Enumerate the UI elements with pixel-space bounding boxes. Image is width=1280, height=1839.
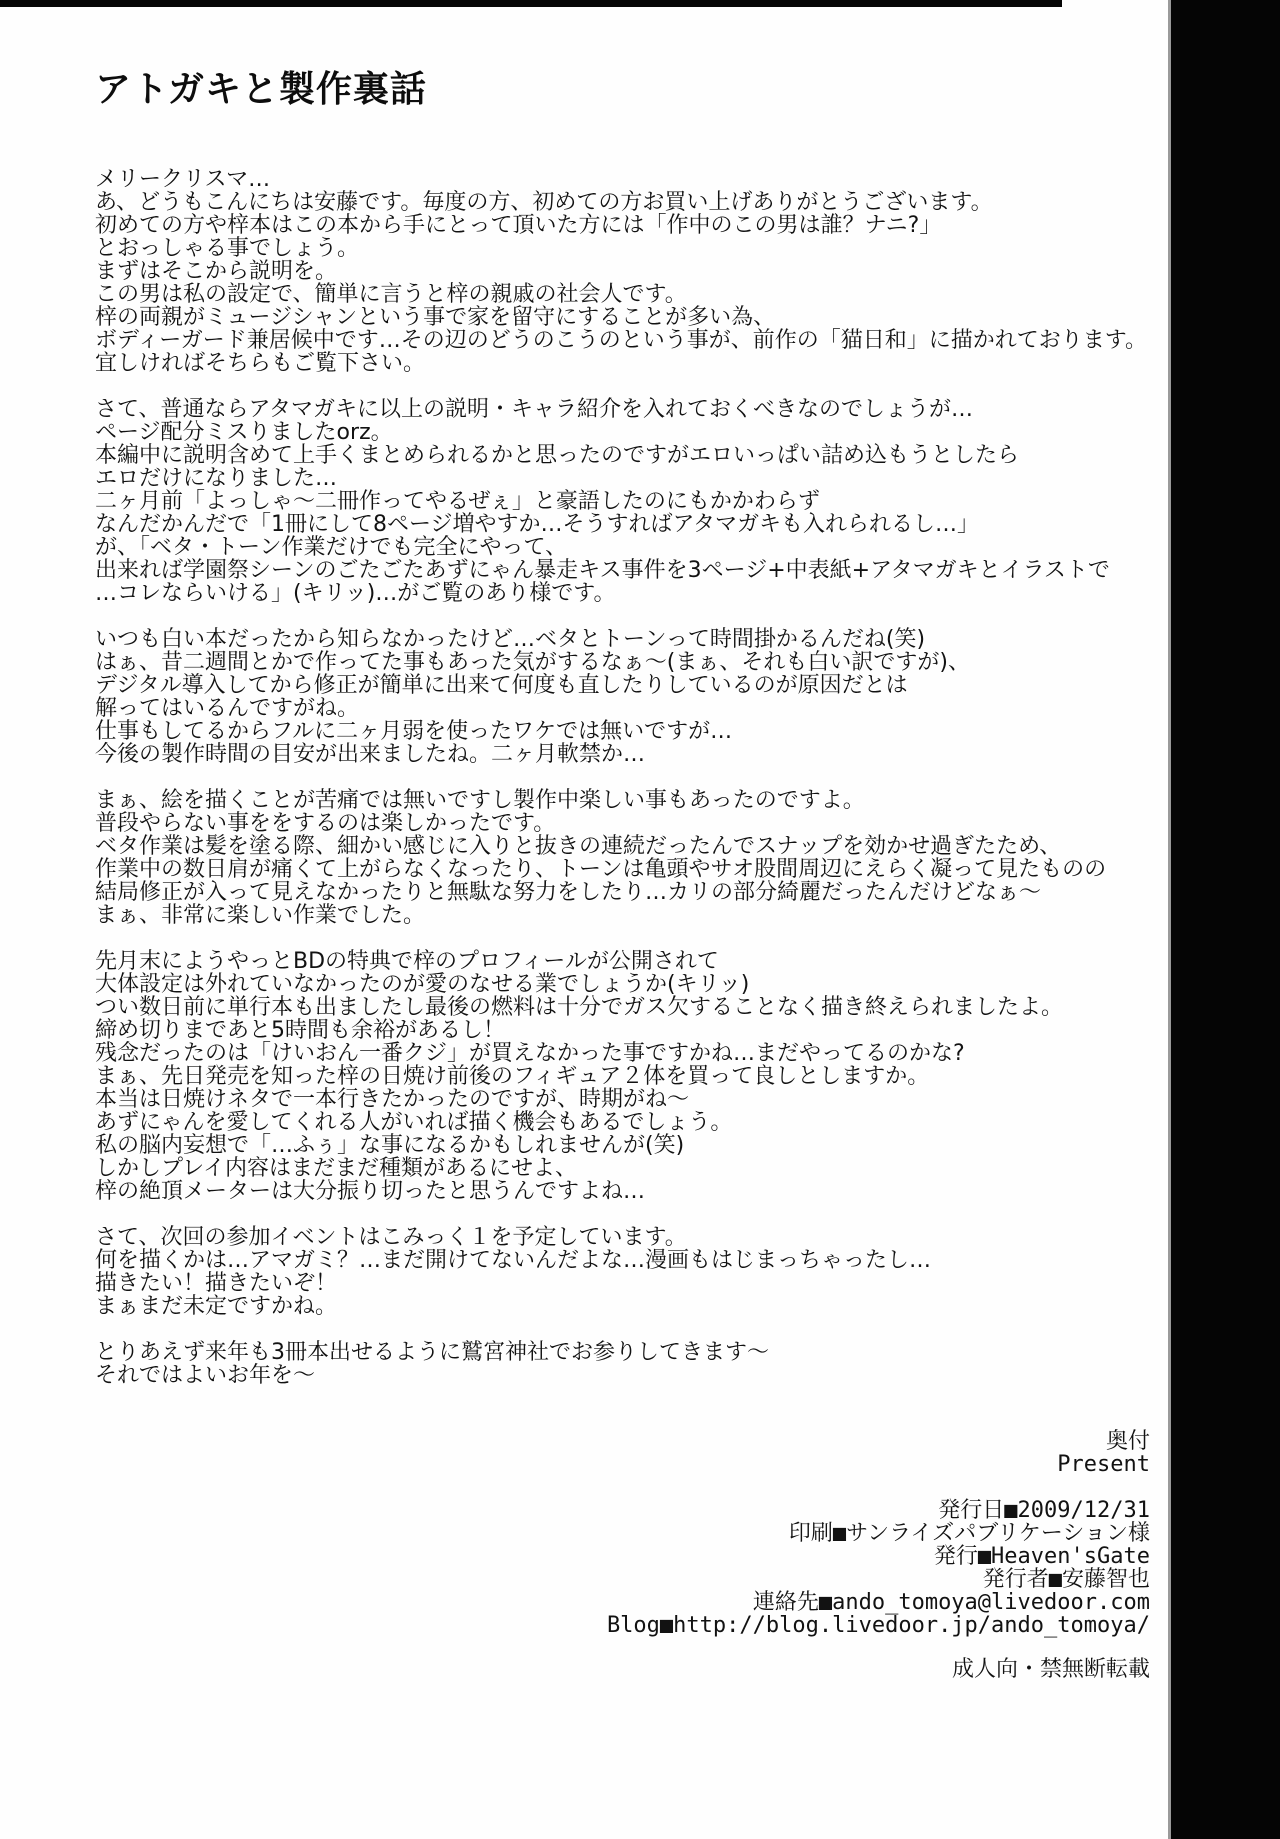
afterword-line: …コレならいける」(キリッ)…がご覧のあり様です。 [95, 582, 1147, 605]
colophon-entry: 発行日■2009/12/31 [607, 1499, 1150, 1522]
afterword-line: 私の脳内妄想で「…ふぅ」な事になるかもしれませんが(笑) [95, 1134, 1147, 1157]
afterword-line: 宜しければそちらもご覧下さい。 [95, 352, 1147, 375]
afterword-line: 何を描くかは…アマガミ？…まだ開けてないんだよな…漫画もはじまっちゃったし… [95, 1249, 1147, 1272]
colophon-heading: 奥付 [607, 1430, 1150, 1453]
colophon: 奥付 Present 発行日■2009/12/31印刷■サンライズパブリケーショ… [607, 1430, 1150, 1681]
afterword-paragraph: メリークリスマ…あ、どうもこんにちは安藤です。毎度の方、初めての方お買い上げあり… [95, 168, 1147, 375]
afterword-line: いつも白い本だったから知らなかったけど…ベタとトーンって時間掛かるんだね(笑) [95, 628, 1147, 651]
afterword-line: メリークリスマ… [95, 168, 1147, 191]
afterword-line: まずはそこから説明を。 [95, 260, 1147, 283]
afterword-line: デジタル導入してから修正が簡単に出来て何度も直したりしているのが原因だとは [95, 674, 1147, 697]
afterword-line: 作業中の数日肩が痛くて上がらなくなったり、トーンは亀頭やサオ股間周辺にえらく凝っ… [95, 858, 1147, 881]
afterword-line: 解ってはいるんですがね。 [95, 697, 1147, 720]
afterword-line: まぁ、絵を描くことが苦痛では無いですし製作中楽しい事もあったのですよ。 [95, 789, 1147, 812]
afterword-line: この男は私の設定で、簡単に言うと梓の親戚の社会人です。 [95, 283, 1147, 306]
colophon-entry: Blog■http://blog.livedoor.jp/ando_tomoya… [607, 1614, 1150, 1637]
colophon-subheading: Present [607, 1453, 1150, 1476]
afterword-line: 残念だったのは「けいおん一番クジ」が買えなかった事ですかね…まだやってるのかな? [95, 1042, 1147, 1065]
colophon-entry: 発行者■安藤智也 [607, 1568, 1150, 1591]
afterword-paragraph: いつも白い本だったから知らなかったけど…ベタとトーンって時間掛かるんだね(笑)は… [95, 628, 1147, 766]
afterword-line: ベタ作業は髪を塗る際、細かい感じに入りと抜きの連続だったんでスナップを効かせ過ぎ… [95, 835, 1147, 858]
afterword-line: 梓の両親がミュージシャンという事で家を留守にすることが多い為、 [95, 306, 1147, 329]
afterword-line: 仕事もしてるからフルに二ヶ月弱を使ったワケでは無いですが… [95, 720, 1147, 743]
colophon-entries: 発行日■2009/12/31印刷■サンライズパブリケーション様発行■Heaven… [607, 1499, 1150, 1637]
afterword-line: 初めての方や梓本はこの本から手にとって頂いた方には「作中のこの男は誰？ナニ?」 [95, 214, 1147, 237]
afterword-line: はぁ、昔二週間とかで作ってた事もあった気がするなぁ～(まぁ、それも白い訳ですが)… [95, 651, 1147, 674]
scanned-page: アトガキと製作裏話 メリークリスマ…あ、どうもこんにちは安藤です。毎度の方、初め… [0, 0, 1280, 1839]
scan-artifact-top-bar [0, 0, 1062, 7]
colophon-notice: 成人向・禁無断転載 [607, 1658, 1150, 1681]
scan-artifact-right-bar [1171, 0, 1280, 1839]
afterword-paragraph: 先月末にようやっとBDの特典で梓のプロフィールが公開されて大体設定は外れていなか… [95, 950, 1147, 1203]
afterword-line: それではよいお年を～ [95, 1364, 1147, 1387]
afterword-line: 先月末にようやっとBDの特典で梓のプロフィールが公開されて [95, 950, 1147, 973]
colophon-entry: 発行■Heaven'sGate [607, 1545, 1150, 1568]
afterword-paragraph: まぁ、絵を描くことが苦痛では無いですし製作中楽しい事もあったのですよ。普段やらな… [95, 789, 1147, 927]
afterword-line: 二ヶ月前「よっしゃ～二冊作ってやるぜぇ」と豪語したのにもかかわらず [95, 490, 1147, 513]
afterword-line: つい数日前に単行本も出ましたし最後の燃料は十分でガス欠することなく描き終えられま… [95, 996, 1147, 1019]
afterword-line: 結局修正が入って見えなかったりと無駄な努力をしたり…カリの部分綺麗だったんだけど… [95, 881, 1147, 904]
afterword-paragraph: さて、普通ならアタマガキに以上の説明・キャラ紹介を入れておくべきなのでしょうが…… [95, 398, 1147, 605]
afterword-paragraph: とりあえず来年も3冊本出せるように鷲宮神社でお参りしてきます～それではよいお年を… [95, 1341, 1147, 1387]
colophon-entry: 印刷■サンライズパブリケーション様 [607, 1522, 1150, 1545]
afterword-line: 今後の製作時間の目安が出来ましたね。二ヶ月軟禁か… [95, 743, 1147, 766]
afterword-line: しかしプレイ内容はまだまだ種類があるにせよ、 [95, 1157, 1147, 1180]
afterword-line: あ、どうもこんにちは安藤です。毎度の方、初めての方お買い上げありがとうございます… [95, 191, 1147, 214]
afterword-line: 本編中に説明含めて上手くまとめられるかと思ったのですがエロいっぱい詰め込もうとし… [95, 444, 1147, 467]
afterword-line: 描きたい！描きたいぞ！ [95, 1272, 1147, 1295]
afterword-line: まぁ、先日発売を知った梓の日焼け前後のフィギュア２体を買って良しとしますか。 [95, 1065, 1147, 1088]
afterword-line: エロだけになりました… [95, 467, 1147, 490]
afterword-body: メリークリスマ…あ、どうもこんにちは安藤です。毎度の方、初めての方お買い上げあり… [95, 168, 1147, 1387]
afterword-line: なんだかんだで「1冊にして8ページ増やすか…そうすればアタマガキも入れられるし…… [95, 513, 1147, 536]
page-title: アトガキと製作裏話 [95, 68, 427, 110]
afterword-line: 大体設定は外れていなかったのが愛のなせる業でしょうか(キリッ) [95, 973, 1147, 996]
afterword-line: ボディーガード兼居候中です…その辺のどうのこうのという事が、前作の「猫日和」に描… [95, 329, 1147, 352]
afterword-line: まぁ、非常に楽しい作業でした。 [95, 904, 1147, 927]
afterword-line: さて、普通ならアタマガキに以上の説明・キャラ紹介を入れておくべきなのでしょうが… [95, 398, 1147, 421]
afterword-line: 締め切りまであと5時間も余裕があるし！ [95, 1019, 1147, 1042]
afterword-line: あずにゃんを愛してくれる人がいれば描く機会もあるでしょう。 [95, 1111, 1147, 1134]
colophon-entry: 連絡先■ando_tomoya@livedoor.com [607, 1591, 1150, 1614]
afterword-line: 本当は日焼けネタで一本行きたかったのですが、時期がね～ [95, 1088, 1147, 1111]
afterword-line: とおっしゃる事でしょう。 [95, 237, 1147, 260]
afterword-line: まぁまだ未定ですかね。 [95, 1295, 1147, 1318]
afterword-paragraph: さて、次回の参加イベントはこみっく１を予定しています。何を描くかは…アマガミ？…… [95, 1226, 1147, 1318]
afterword-line: 出来れば学園祭シーンのごたごたあずにゃん暴走キス事件を3ページ+中表紙+アタマガ… [95, 559, 1147, 582]
afterword-line: が、「ベタ・トーン作業だけでも完全にやって、 [95, 536, 1147, 559]
afterword-line: 普段やらない事ををするのは楽しかったです。 [95, 812, 1147, 835]
afterword-line: さて、次回の参加イベントはこみっく１を予定しています。 [95, 1226, 1147, 1249]
afterword-line: とりあえず来年も3冊本出せるように鷲宮神社でお参りしてきます～ [95, 1341, 1147, 1364]
afterword-line: 梓の絶頂メーターは大分振り切ったと思うんですよね… [95, 1180, 1147, 1203]
afterword-line: ページ配分ミスりましたorz。 [95, 421, 1147, 444]
